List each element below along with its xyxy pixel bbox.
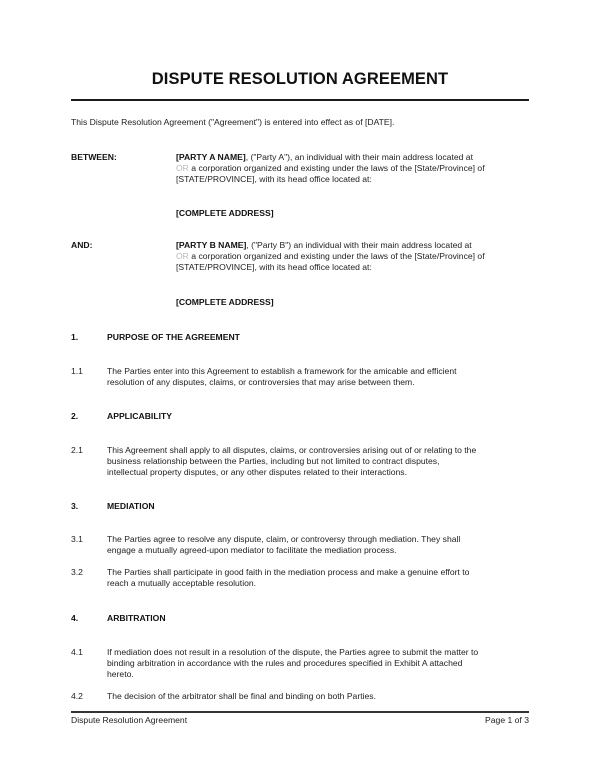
clause-number: 4.1 — [71, 647, 83, 658]
party-a-or: OR — [176, 163, 189, 173]
clause-line: The Parties enter into this Agreement to… — [107, 366, 457, 377]
party-b-label: AND: — [71, 240, 92, 251]
section-number: 1. — [71, 332, 78, 343]
document-page: DISPUTE RESOLUTION AGREEMENT This Disput… — [0, 0, 600, 775]
clause-line: binding arbitration in accordance with t… — [107, 658, 462, 669]
party-a-line-1: [PARTY A NAME], ("Party A"), an individu… — [176, 152, 473, 163]
footer-page-number: Page 1 of 3 — [485, 715, 529, 725]
party-b-line-3: [STATE/PROVINCE], with its head office l… — [176, 262, 372, 273]
party-a-line-2-text: a corporation organized and existing und… — [189, 163, 485, 173]
party-b-line-1: [PARTY B NAME], ("Party B") an individua… — [176, 240, 472, 251]
clause-number: 4.2 — [71, 691, 83, 702]
section-heading: APPLICABILITY — [107, 411, 172, 422]
party-b-line-2-text: a corporation organized and existing und… — [189, 251, 485, 261]
party-a-line-3: [STATE/PROVINCE], with its head office l… — [176, 174, 372, 185]
clause-number: 3.1 — [71, 534, 83, 545]
section-heading: PURPOSE OF THE AGREEMENT — [107, 332, 240, 343]
clause-number: 2.1 — [71, 445, 83, 456]
party-a-label: BETWEEN: — [71, 152, 117, 163]
party-a-address: [COMPLETE ADDRESS] — [176, 208, 274, 219]
footer-rule — [71, 711, 529, 713]
clause-line: business relationship between the Partie… — [107, 456, 439, 467]
clause-line: hereto. — [107, 669, 134, 680]
clause-line: If mediation does not result in a resolu… — [107, 647, 478, 658]
party-b-or: OR — [176, 251, 189, 261]
party-a-line-1-text: , ("Party A"), an individual with their … — [246, 152, 473, 162]
section-number: 4. — [71, 613, 78, 624]
section-number: 3. — [71, 501, 78, 512]
title-rule — [71, 99, 529, 101]
footer-document-name: Dispute Resolution Agreement — [71, 715, 187, 725]
clause-line: The decision of the arbitrator shall be … — [107, 691, 376, 702]
clause-number: 1.1 — [71, 366, 83, 377]
party-a-name: [PARTY A NAME] — [176, 152, 246, 162]
party-b-line-1-text: , ("Party B") an individual with their m… — [246, 240, 471, 250]
clause-line: engage a mutually agreed-upon mediator t… — [107, 545, 397, 556]
clause-line: The Parties shall participate in good fa… — [107, 567, 469, 578]
section-number: 2. — [71, 411, 78, 422]
intro-paragraph: This Dispute Resolution Agreement ("Agre… — [71, 117, 394, 128]
section-heading: MEDIATION — [107, 501, 155, 512]
party-b-line-2: OR a corporation organized and existing … — [176, 251, 485, 262]
document-title: DISPUTE RESOLUTION AGREEMENT — [71, 70, 529, 89]
clause-line: This Agreement shall apply to all disput… — [107, 445, 476, 456]
clause-line: resolution of any disputes, claims, or c… — [107, 377, 415, 388]
clause-line: reach a mutually acceptable resolution. — [107, 578, 256, 589]
party-b-address: [COMPLETE ADDRESS] — [176, 297, 274, 308]
section-heading: ARBITRATION — [107, 613, 166, 624]
party-b-name: [PARTY B NAME] — [176, 240, 246, 250]
clause-line: intellectual property disputes, or any o… — [107, 467, 407, 478]
clause-number: 3.2 — [71, 567, 83, 578]
clause-line: The Parties agree to resolve any dispute… — [107, 534, 460, 545]
party-a-line-2: OR a corporation organized and existing … — [176, 163, 485, 174]
